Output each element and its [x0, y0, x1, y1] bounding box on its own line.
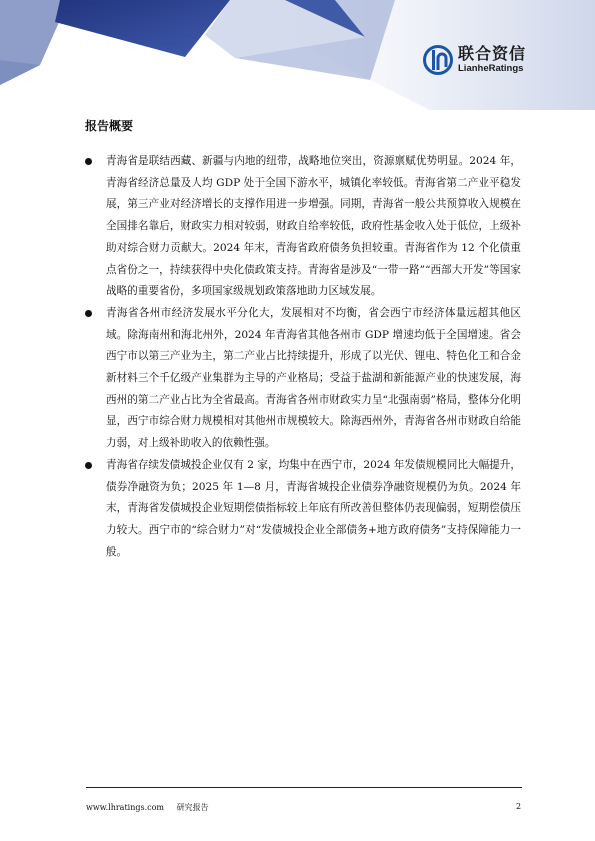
- footer-website[interactable]: www.lhratings.com: [86, 803, 164, 812]
- lianhe-logo-icon: [423, 45, 453, 75]
- bullet-text: 青海省是联结西藏、新疆与内地的纽带，战略地位突出，资源禀赋优势明显。2024 年…: [106, 155, 521, 297]
- brand-name-cn: 联合资信: [458, 45, 526, 63]
- footer-doc-type: 研究报告: [177, 803, 209, 812]
- footer-divider: [86, 787, 522, 788]
- summary-bullet: 青海省存续发债城投企业仅有 2 家，均集中在西宁市，2024 年发债规模同比大幅…: [85, 455, 521, 564]
- brand-name-en: LianheRatings: [458, 63, 526, 75]
- section-title: 报告概要: [85, 117, 133, 134]
- summary-bullet-list: 青海省是联结西藏、新疆与内地的纽带，战略地位突出，资源禀赋优势明显。2024 年…: [85, 151, 521, 563]
- bullet-dot-icon: [85, 158, 92, 165]
- brand-logo: 联合资信 LianheRatings: [423, 45, 526, 75]
- bullet-text: 青海省存续发债城投企业仅有 2 家，均集中在西宁市，2024 年发债规模同比大幅…: [106, 459, 521, 558]
- header-banner: 联合资信 LianheRatings: [0, 0, 595, 110]
- bullet-dot-icon: [85, 462, 92, 469]
- summary-bullet: 青海省各州市经济发展水平分化大，发展相对不均衡，省会西宁市经济体量远超其他区域。…: [85, 303, 521, 455]
- footer-info: www.lhratings.com 研究报告: [86, 802, 209, 813]
- page-number: 2: [516, 802, 521, 811]
- bullet-text: 青海省各州市经济发展水平分化大，发展相对不均衡，省会西宁市经济体量远超其他区域。…: [106, 307, 521, 449]
- bullet-dot-icon: [85, 310, 92, 317]
- summary-bullet: 青海省是联结西藏、新疆与内地的纽带，战略地位突出，资源禀赋优势明显。2024 年…: [85, 151, 521, 303]
